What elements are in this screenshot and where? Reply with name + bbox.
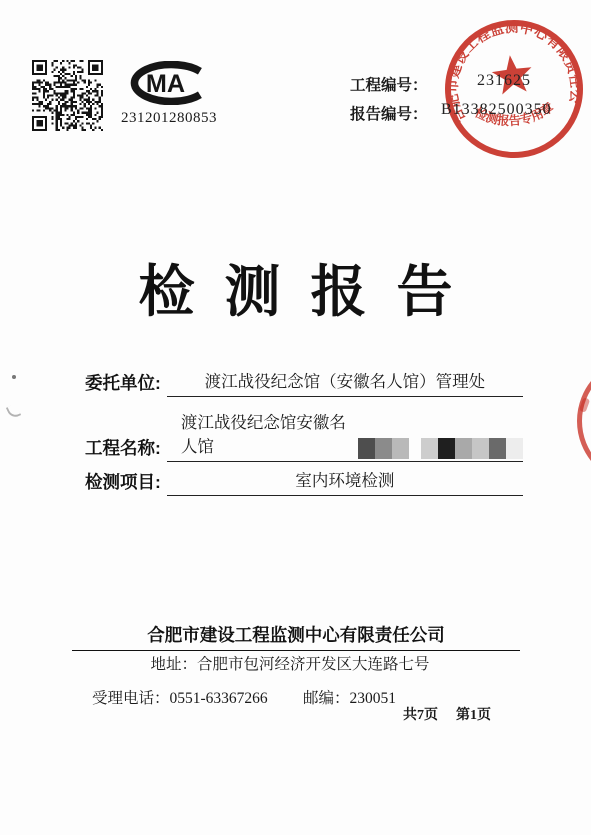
report-number-value: B13382500350 xyxy=(441,101,552,119)
report-number-label: 报告编号： xyxy=(350,102,428,124)
company-name: 合肥市建设工程监测中心有限责任公司 xyxy=(72,622,520,651)
company-address: 地址：合肥市包河经济开发区大连路七号 xyxy=(0,652,580,674)
project-name-row: 工程名称: 渡江战役纪念馆安徽名人馆 xyxy=(85,409,523,462)
redaction-mosaic xyxy=(358,438,523,457)
project-number-value: 231625 xyxy=(477,72,531,90)
postal-code: 邮编：230051 xyxy=(303,686,396,708)
project-name-value: 渡江战役纪念馆安徽名人馆 xyxy=(167,409,523,462)
project-number-label: 工程编号： xyxy=(350,73,428,95)
project-name-text: 渡江战役纪念馆安徽名人馆 xyxy=(181,409,356,457)
scan-artifact-squiggle xyxy=(6,403,21,419)
report-title: 检测报告 xyxy=(0,248,591,328)
client-value: 渡江战役纪念馆（安徽名人馆）管理处 xyxy=(167,362,523,397)
partial-seal-edge xyxy=(577,357,591,485)
cma-logo: MA xyxy=(126,61,210,105)
page-indicator: 共7页第1页 xyxy=(403,704,491,724)
cma-letters: MA xyxy=(146,70,185,98)
test-items-label: 检测项目: xyxy=(85,469,161,496)
test-items-value: 室内环境检测 xyxy=(167,461,523,496)
current-page: 第1页 xyxy=(456,708,491,723)
total-pages: 共7页 xyxy=(403,708,438,723)
cma-certificate-number: 231201280853 xyxy=(121,110,216,127)
client-label: 委托单位: xyxy=(85,370,161,397)
qr-code xyxy=(32,59,103,132)
service-phone: 受理电话：0551-63367266 xyxy=(92,686,268,708)
client-row: 委托单位: 渡江战役纪念馆（安徽名人馆）管理处 xyxy=(85,362,523,397)
report-cover-page: MA 231201280853 工程编号： 报告编号： 231625 B1338… xyxy=(0,0,591,835)
scan-artifact-dot xyxy=(12,375,16,379)
project-name-label: 工程名称: xyxy=(85,435,161,462)
test-items-row: 检测项目: 室内环境检测 xyxy=(85,461,523,496)
